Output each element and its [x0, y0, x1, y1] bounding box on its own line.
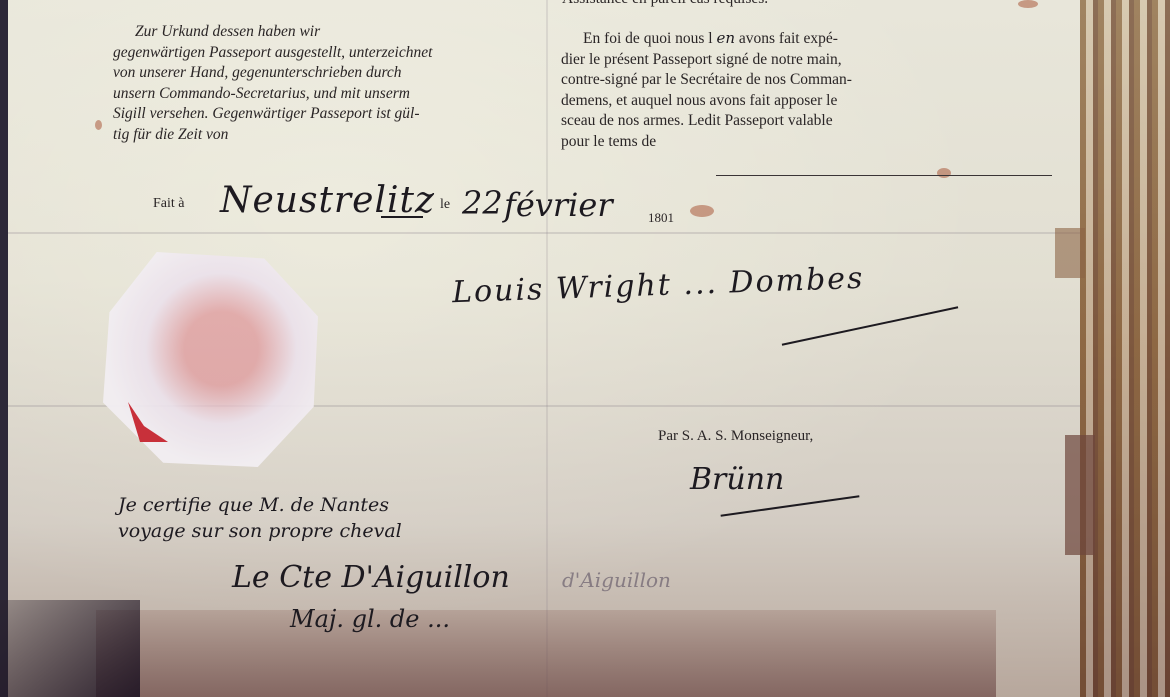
pencil-annotation: d'Aiguillon	[562, 568, 671, 592]
fold-line-vertical	[546, 0, 548, 697]
par-monseigneur-label: Par S. A. S. Monseigneur,	[658, 428, 813, 445]
german-text-column: Zur Urkund dessen haben wir gegenwärtige…	[113, 22, 533, 145]
german-line: unsern Commando-Secretarius, und mit uns…	[113, 84, 533, 105]
month-handwritten: février	[504, 186, 613, 224]
fold-line-horizontal	[6, 232, 1106, 234]
cut-off-text: Assistance en pareil cas requises.	[562, 0, 768, 8]
ink-dash	[381, 216, 423, 218]
water-stain	[96, 610, 996, 697]
secretary-signature: Brünn	[690, 462, 784, 497]
fait-label: Fait à	[153, 196, 185, 212]
french-line-start: En foi de quoi nous l	[583, 30, 713, 47]
german-line: Sigill versehen. Gegenwärtiger Passeport…	[113, 104, 533, 125]
tape-patch	[1055, 228, 1085, 278]
torn-corner	[0, 600, 140, 697]
note-line: Je certifie que M. de Nantes	[118, 492, 538, 518]
note-line: voyage sur son propre cheval	[118, 518, 538, 544]
place-handwritten: Neustrelitz	[220, 180, 435, 221]
french-line: demens, et auquel nous avons fait appose…	[561, 91, 989, 112]
note-signer-title: Maj. gl. de ...	[290, 605, 450, 633]
stain-spot	[1018, 0, 1038, 8]
stain-spot	[690, 205, 714, 217]
french-line-end: avons fait expé-	[739, 30, 838, 47]
french-line: En foi de quoi nous l en avons fait expé…	[561, 28, 989, 50]
damaged-binding-edge	[1080, 0, 1170, 697]
day-handwritten: 22	[462, 184, 503, 222]
french-line: contre-signé par le Secrétaire de nos Co…	[561, 70, 989, 91]
year-printed: 1801	[648, 210, 674, 226]
french-line: dier le présent Passeport signé de notre…	[561, 50, 989, 71]
handwritten-certification: Je certifie que M. de Nantes voyage sur …	[118, 492, 538, 544]
french-line: sceau de nos armes. Ledit Passeport vala…	[561, 111, 989, 132]
tape-patch	[1065, 435, 1095, 555]
validity-blank-line	[716, 175, 1052, 176]
stain-spot	[937, 168, 951, 178]
german-line: tig für die Zeit von	[113, 125, 533, 146]
german-line: gegenwärtigen Passeport ausgestellt, unt…	[113, 43, 533, 64]
german-line: von unserer Hand, gegenunterschrieben du…	[113, 63, 533, 84]
left-edge-shadow	[0, 0, 8, 697]
german-line: Zur Urkund dessen haben wir	[113, 22, 533, 43]
le-label: le	[440, 197, 450, 213]
handwritten-insert: en	[716, 29, 735, 47]
french-line: pour le tems de	[561, 132, 989, 153]
stain-spot	[95, 120, 102, 130]
french-text-column: En foi de quoi nous l en avons fait expé…	[561, 28, 989, 152]
note-signer: Le Cte D'Aiguillon	[232, 560, 510, 595]
